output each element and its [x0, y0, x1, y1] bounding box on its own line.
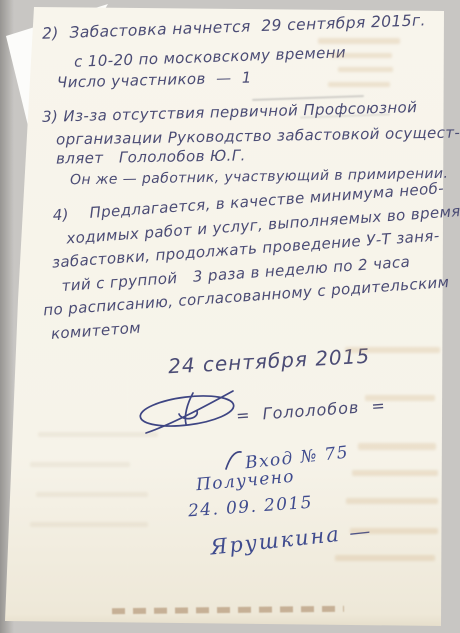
handwritten-paragraph: 4) Предлагается, в качестве минимума нео…: [30, 176, 460, 347]
bleed-through-artifact: [358, 443, 436, 450]
bleed-through-artifact: [318, 38, 400, 44]
scanned-document: 2) Забастовка начнется 29 сентября 2015г…: [0, 0, 460, 633]
handwritten-line: вляет Гололобов Ю.Г.: [56, 147, 246, 167]
bleed-through-artifact: [335, 555, 435, 561]
bleed-through-artifact: [352, 470, 438, 476]
bleed-through-artifact: [350, 528, 438, 534]
pen-stroke-icon: [222, 447, 244, 473]
bleed-through-artifact: [338, 67, 393, 72]
bleed-through-artifact: [345, 347, 440, 353]
bleed-through-artifact: [36, 492, 148, 497]
bleed-through-artifact: [38, 432, 158, 437]
signature-flourish: [133, 384, 245, 438]
bleed-through-artifact: [330, 53, 392, 58]
bleed-through-artifact: [30, 522, 148, 527]
bleed-through-artifact: [328, 82, 390, 87]
bleed-through-artifact: [346, 498, 438, 504]
bleed-through-artifact: [30, 462, 130, 467]
bleed-through-artifact: [365, 395, 435, 401]
